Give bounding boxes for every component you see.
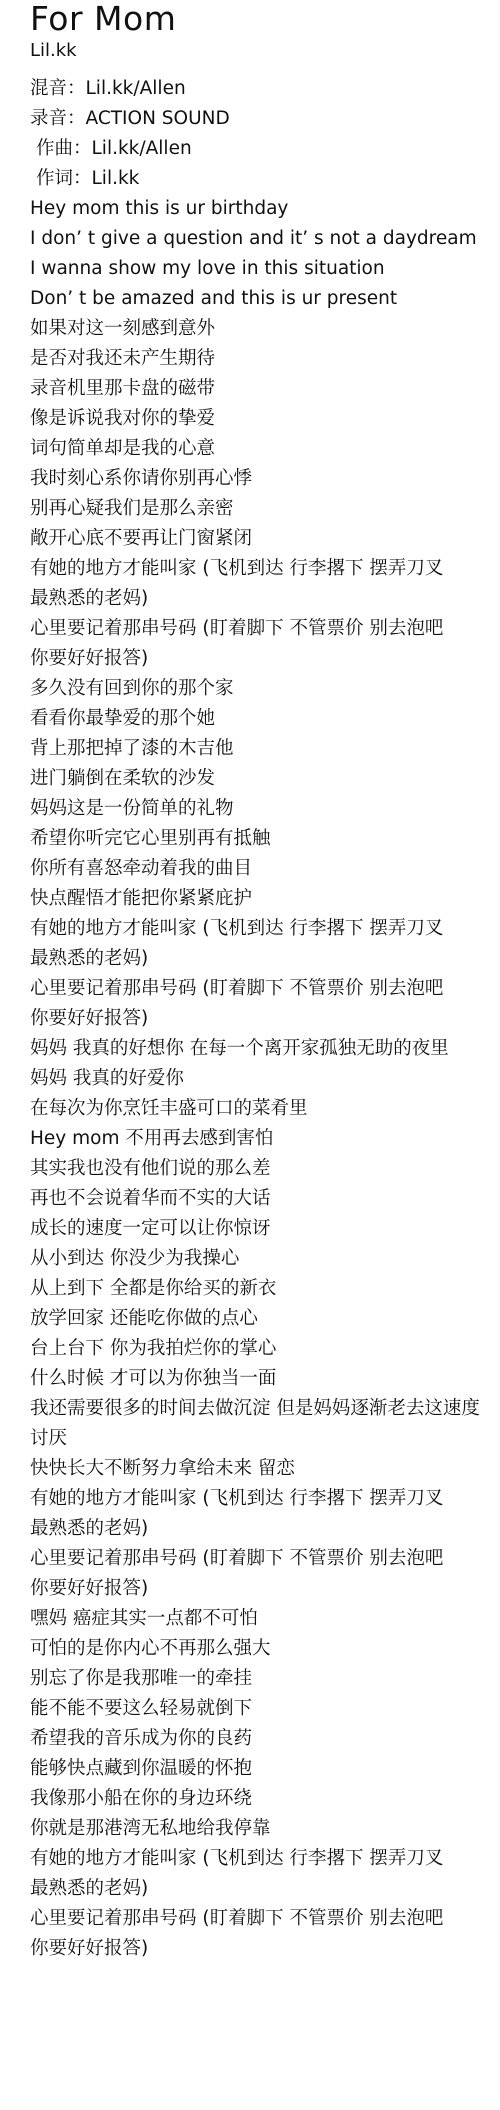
lyric-line: 我像那小船在你的身边环绕 — [30, 1784, 500, 1814]
lyric-line: 录音机里那卡盘的磁带 — [30, 374, 500, 404]
song-title: For Mom — [30, 0, 500, 38]
lyric-line: 有她的地方才能叫家 (飞机到达 行李撂下 摆弄刀叉 — [30, 1844, 500, 1874]
lyric-line: 我时刻心系你请你别再心悸 — [30, 464, 500, 494]
lyric-line: 心里要记着那串号码 (盯着脚下 不管票价 别去泡吧 — [30, 614, 500, 644]
lyric-line: 你要好好报答) — [30, 1004, 500, 1034]
lyric-line: 背上那把掉了漆的木吉他 — [30, 734, 500, 764]
lyric-line: 最熟悉的老妈) — [30, 1874, 500, 1904]
lyrics-list: 混音：Lil.kk/Allen录音：ACTION SOUND作曲：Lil.kk/… — [30, 74, 500, 1964]
lyric-line: 别忘了你是我那唯一的牵挂 — [30, 1664, 500, 1694]
lyric-line: 成长的速度一定可以让你惊讶 — [30, 1214, 500, 1244]
lyric-line: 最熟悉的老妈) — [30, 944, 500, 974]
lyric-line: 多久没有回到你的那个家 — [30, 674, 500, 704]
lyric-line: Don’ t be amazed and this is ur present — [30, 284, 500, 314]
lyric-line: 有她的地方才能叫家 (飞机到达 行李撂下 摆弄刀叉 — [30, 554, 500, 584]
lyric-line: 妈妈 我真的好爱你 — [30, 1064, 500, 1094]
lyric-line: 最熟悉的老妈) — [30, 1514, 500, 1544]
lyric-line: 能够快点藏到你温暖的怀抱 — [30, 1754, 500, 1784]
lyric-line: 可怕的是你内心不再那么强大 — [30, 1634, 500, 1664]
lyric-line: 进门躺倒在柔软的沙发 — [30, 764, 500, 794]
lyric-line: 放学回家 还能吃你做的点心 — [30, 1304, 500, 1334]
lyric-line: 别再心疑我们是那么亲密 — [30, 494, 500, 524]
lyric-line: 心里要记着那串号码 (盯着脚下 不管票价 别去泡吧 — [30, 1544, 500, 1574]
lyric-line: 你要好好报答) — [30, 644, 500, 674]
lyric-line: Hey mom this is ur birthday — [30, 194, 500, 224]
lyric-line: 如果对这一刻感到意外 — [30, 314, 500, 344]
lyric-line: 从小到达 你没少为我操心 — [30, 1244, 500, 1274]
lyric-line: 有她的地方才能叫家 (飞机到达 行李撂下 摆弄刀叉 — [30, 1484, 500, 1514]
lyric-line: 你要好好报答) — [30, 1934, 500, 1964]
lyric-line: 讨厌 — [30, 1424, 500, 1454]
lyric-line: 我还需要很多的时间去做沉淀 但是妈妈逐渐老去这速度 — [30, 1394, 500, 1424]
lyric-line: 其实我也没有他们说的那么差 — [30, 1154, 500, 1184]
credit-line: 录音：ACTION SOUND — [30, 104, 500, 134]
credit-line: 混音：Lil.kk/Allen — [30, 74, 500, 104]
lyric-line: 看看你最挚爱的那个她 — [30, 704, 500, 734]
credit-line: 作词：Lil.kk — [30, 164, 500, 194]
lyric-line: 你要好好报答) — [30, 1574, 500, 1604]
lyric-line: 在每次为你烹饪丰盛可口的菜肴里 — [30, 1094, 500, 1124]
lyric-line: 妈妈这是一份简单的礼物 — [30, 794, 500, 824]
lyric-line: 希望我的音乐成为你的良药 — [30, 1724, 500, 1754]
lyric-line: I don’ t give a question and it’ s not a… — [30, 224, 500, 254]
lyric-line: 再也不会说着华而不实的大话 — [30, 1184, 500, 1214]
artist-name: Lil.kk — [30, 38, 500, 64]
lyric-line: 心里要记着那串号码 (盯着脚下 不管票价 别去泡吧 — [30, 1904, 500, 1934]
lyric-line: 心里要记着那串号码 (盯着脚下 不管票价 别去泡吧 — [30, 974, 500, 1004]
lyric-line: 希望你听完它心里别再有抵触 — [30, 824, 500, 854]
lyrics-page: For Mom Lil.kk 混音：Lil.kk/Allen录音：ACTION … — [30, 0, 500, 1964]
lyric-line: 快快长大不断努力拿给未来 留恋 — [30, 1454, 500, 1484]
lyric-line: 敞开心底不要再让门窗紧闭 — [30, 524, 500, 554]
lyric-line: 能不能不要这么轻易就倒下 — [30, 1694, 500, 1724]
lyric-line: 台上台下 你为我拍烂你的掌心 — [30, 1334, 500, 1364]
lyric-line: 快点醒悟才能把你紧紧庇护 — [30, 884, 500, 914]
lyric-line: 词句简单却是我的心意 — [30, 434, 500, 464]
lyric-line: I wanna show my love in this situation — [30, 254, 500, 284]
lyric-line: 妈妈 我真的好想你 在每一个离开家孤独无助的夜里 — [30, 1034, 500, 1064]
lyric-line: 什么时候 才可以为你独当一面 — [30, 1364, 500, 1394]
credit-line: 作曲：Lil.kk/Allen — [30, 134, 500, 164]
lyric-line: Hey mom 不用再去感到害怕 — [30, 1124, 500, 1154]
lyric-line: 你就是那港湾无私地给我停靠 — [30, 1814, 500, 1844]
lyric-line: 你所有喜怒牵动着我的曲目 — [30, 854, 500, 884]
lyric-line: 嘿妈 癌症其实一点都不可怕 — [30, 1604, 500, 1634]
lyric-line: 是否对我还未产生期待 — [30, 344, 500, 374]
lyric-line: 像是诉说我对你的挚爱 — [30, 404, 500, 434]
lyric-line: 最熟悉的老妈) — [30, 584, 500, 614]
lyric-line: 从上到下 全都是你给买的新衣 — [30, 1274, 500, 1304]
lyric-line: 有她的地方才能叫家 (飞机到达 行李撂下 摆弄刀叉 — [30, 914, 500, 944]
